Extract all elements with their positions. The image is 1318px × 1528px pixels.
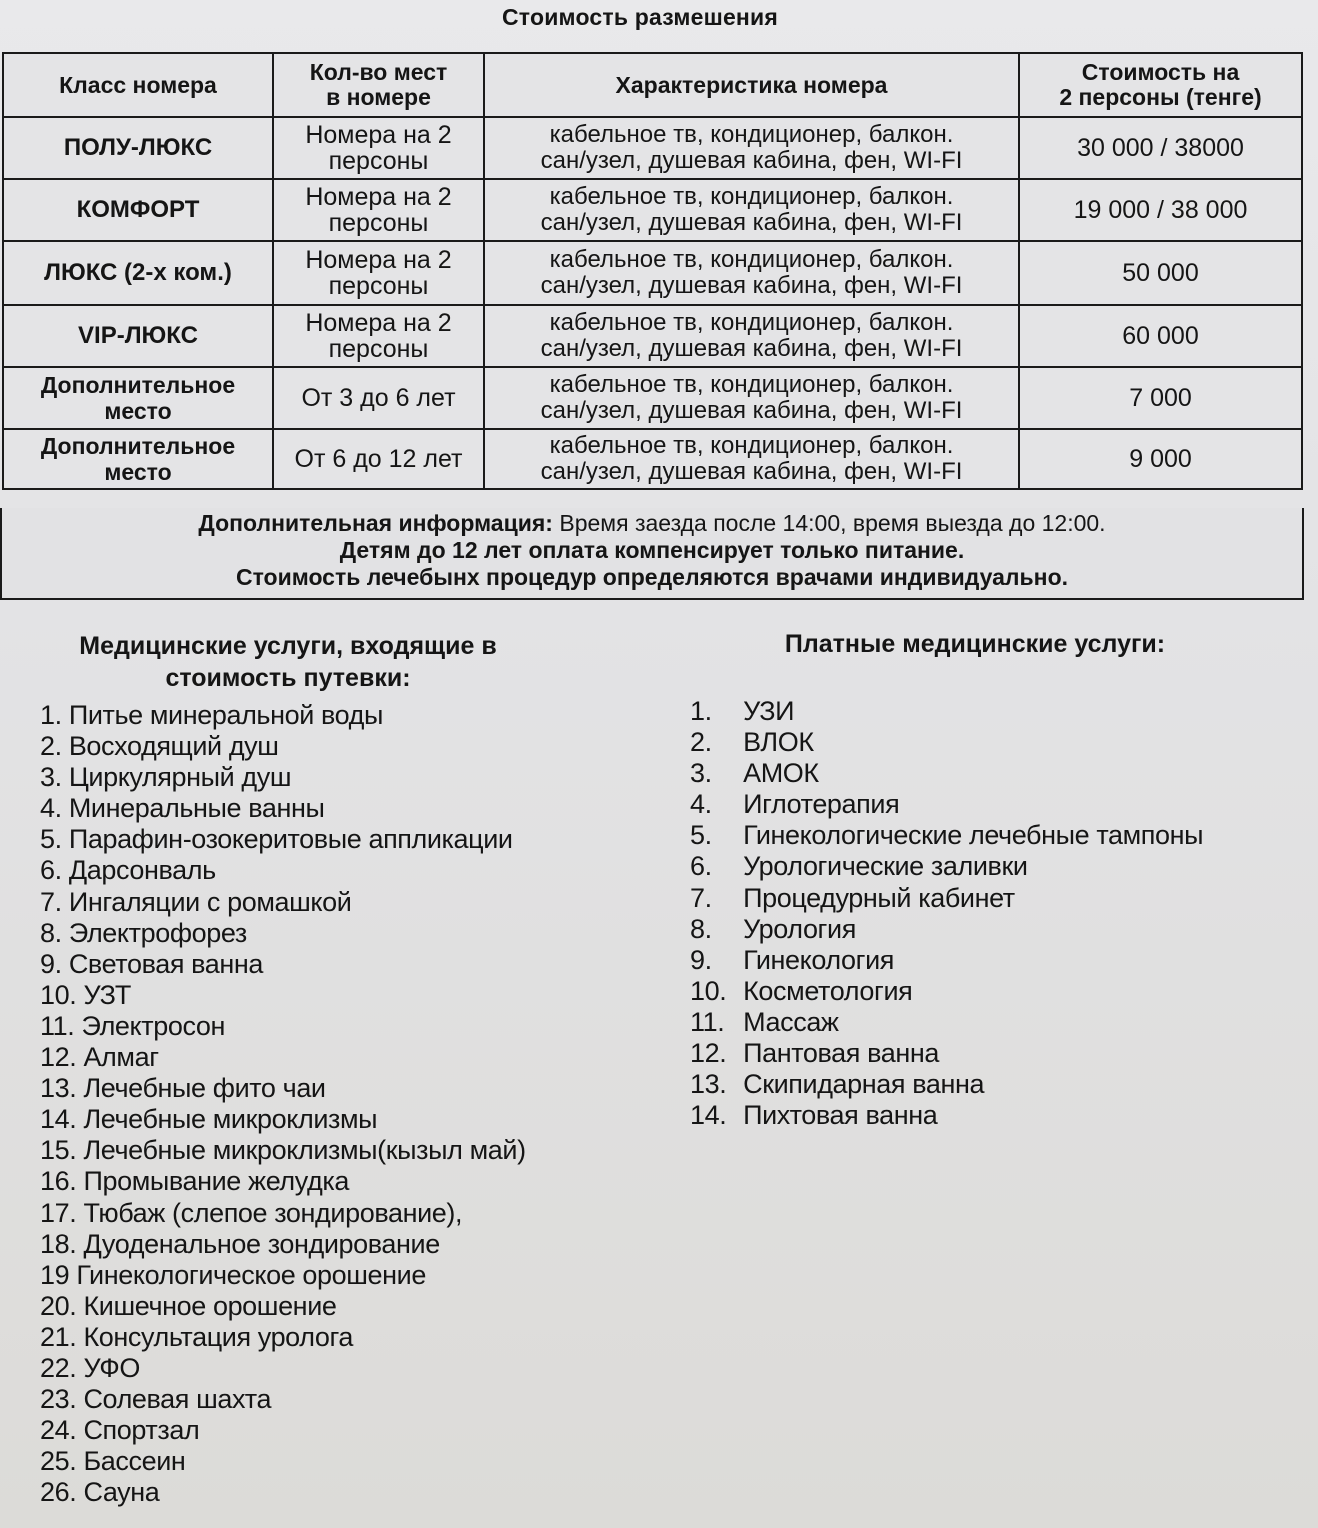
info-line-1: Дополнительная информация: Время заезда … [2,510,1302,537]
included-services-title: Медицинские услуги, входящие в стоимость… [28,630,548,694]
list-item: 17. Тюбаж (слепое зондирование), [40,1198,526,1229]
list-item: 22. УФО [40,1353,526,1384]
info-line-3: Стоимость лечебынх процедур определяются… [2,564,1302,591]
info-line-2: Детям до 12 лет оплата компенсирует толь… [2,537,1302,564]
features-cell: кабельное тв, кондиционер, балкон.сан/уз… [484,117,1019,179]
list-item: 8. Урология [690,914,1203,945]
table-row: ПОЛУ-ЛЮКСНомера на 2персоныкабельное тв,… [3,117,1302,179]
seats-cell: От 3 до 6 лет [273,367,484,429]
list-item: 2. ВЛОК [690,727,1203,758]
paid-services-list: 1. УЗИ2. ВЛОК3. АМОК4. Иглотерапия5. Гин… [690,696,1203,1131]
list-item: 16. Промывание желудка [40,1166,526,1197]
list-item: 20. Кишечное орошение [40,1291,526,1322]
table-row: ДополнительноеместоОт 6 до 12 леткабельн… [3,429,1302,489]
list-item: 4. Минеральные ванны [40,793,526,824]
list-item: 10. УЗТ [40,980,526,1011]
price-cell: 7 000 [1019,367,1302,429]
seats-cell: От 6 до 12 лет [273,429,484,489]
list-item: 23. Солевая шахта [40,1384,526,1415]
seats-cell: Номера на 2персоны [273,241,484,305]
list-item: 12. Пантовая ванна [690,1038,1203,1069]
features-cell: кабельное тв, кондиционер, балкон.сан/уз… [484,305,1019,367]
header-price: Стоимость на 2 персоны (тенге) [1019,53,1302,117]
list-item: 13. Скипидарная ванна [690,1069,1203,1100]
price-cell: 50 000 [1019,241,1302,305]
table-header-row: Класс номера Кол-во мест в номере Характ… [3,53,1302,117]
table-row: ДополнительноеместоОт 3 до 6 леткабельно… [3,367,1302,429]
price-cell: 30 000 / 38000 [1019,117,1302,179]
price-cell: 19 000 / 38 000 [1019,179,1302,241]
list-item: 8. Электрофорез [40,918,526,949]
room-class-cell: Дополнительноеместо [3,367,273,429]
included-services-list: 1. Питье минеральной воды2. Восходящий д… [40,700,526,1508]
list-item: 18. Дуоденальное зондирование [40,1229,526,1260]
features-cell: кабельное тв, кондиционер, балкон.сан/уз… [484,241,1019,305]
header-seats: Кол-во мест в номере [273,53,484,117]
list-item: 7. Ингаляции с ромашкой [40,887,526,918]
list-item: 9. Гинекология [690,945,1203,976]
list-item: 14. Лечебные микроклизмы [40,1104,526,1135]
list-item: 24. Спортзал [40,1415,526,1446]
list-item: 5. Гинекологические лечебные тампоны [690,820,1203,851]
table-row: VIP-ЛЮКСНомера на 2персоныкабельное тв, … [3,305,1302,367]
list-item: 12. Алмаг [40,1042,526,1073]
list-item: 13. Лечебные фито чаи [40,1073,526,1104]
list-item: 9. Световая ванна [40,949,526,980]
list-item: 14. Пихтовая ванна [690,1100,1203,1131]
list-item: 7. Процедурный кабинет [690,883,1203,914]
table-row: ЛЮКС (2-х ком.)Номера на 2персоныкабельн… [3,241,1302,305]
seats-cell: Номера на 2персоны [273,305,484,367]
room-class-cell: КОМФОРТ [3,179,273,241]
list-item: 11. Массаж [690,1007,1203,1038]
price-cell: 60 000 [1019,305,1302,367]
features-cell: кабельное тв, кондиционер, балкон.сан/уз… [484,429,1019,489]
room-class-cell: Дополнительноеместо [3,429,273,489]
list-item: 1. Питье минеральной воды [40,700,526,731]
page-title: Стоимость размешения [0,4,1280,31]
room-class-cell: VIP-ЛЮКС [3,305,273,367]
list-item: 25. Бассеин [40,1446,526,1477]
features-cell: кабельное тв, кондиционер, балкон.сан/уз… [484,367,1019,429]
features-cell: кабельное тв, кондиционер, балкон.сан/уз… [484,179,1019,241]
list-item: 19 Гинекологическое орошение [40,1260,526,1291]
seats-cell: Номера на 2персоны [273,179,484,241]
paid-services-title: Платные медицинские услуги: [700,628,1250,660]
price-table: Класс номера Кол-во мест в номере Характ… [2,52,1303,490]
room-class-cell: ПОЛУ-ЛЮКС [3,117,273,179]
list-item: 5. Парафин-озокеритовые аппликации [40,824,526,855]
list-item: 2. Восходящий душ [40,731,526,762]
list-item: 3. АМОК [690,758,1203,789]
list-item: 4. Иглотерапия [690,789,1203,820]
room-class-cell: ЛЮКС (2-х ком.) [3,241,273,305]
list-item: 21. Консультация уролога [40,1322,526,1353]
header-features: Характеристика номера [484,53,1019,117]
list-item: 15. Лечебные микроклизмы(кызыл май) [40,1135,526,1166]
list-item: 1. УЗИ [690,696,1203,727]
header-room-class: Класс номера [3,53,273,117]
table-row: КОМФОРТНомера на 2персоныкабельное тв, к… [3,179,1302,241]
seats-cell: Номера на 2персоны [273,117,484,179]
list-item: 26. Сауна [40,1477,526,1508]
list-item: 6. Урологические заливки [690,851,1203,882]
list-item: 3. Циркулярный душ [40,762,526,793]
additional-info: Дополнительная информация: Время заезда … [0,508,1304,600]
list-item: 11. Электросон [40,1011,526,1042]
list-item: 6. Дарсонваль [40,855,526,886]
price-cell: 9 000 [1019,429,1302,489]
list-item: 10. Косметология [690,976,1203,1007]
